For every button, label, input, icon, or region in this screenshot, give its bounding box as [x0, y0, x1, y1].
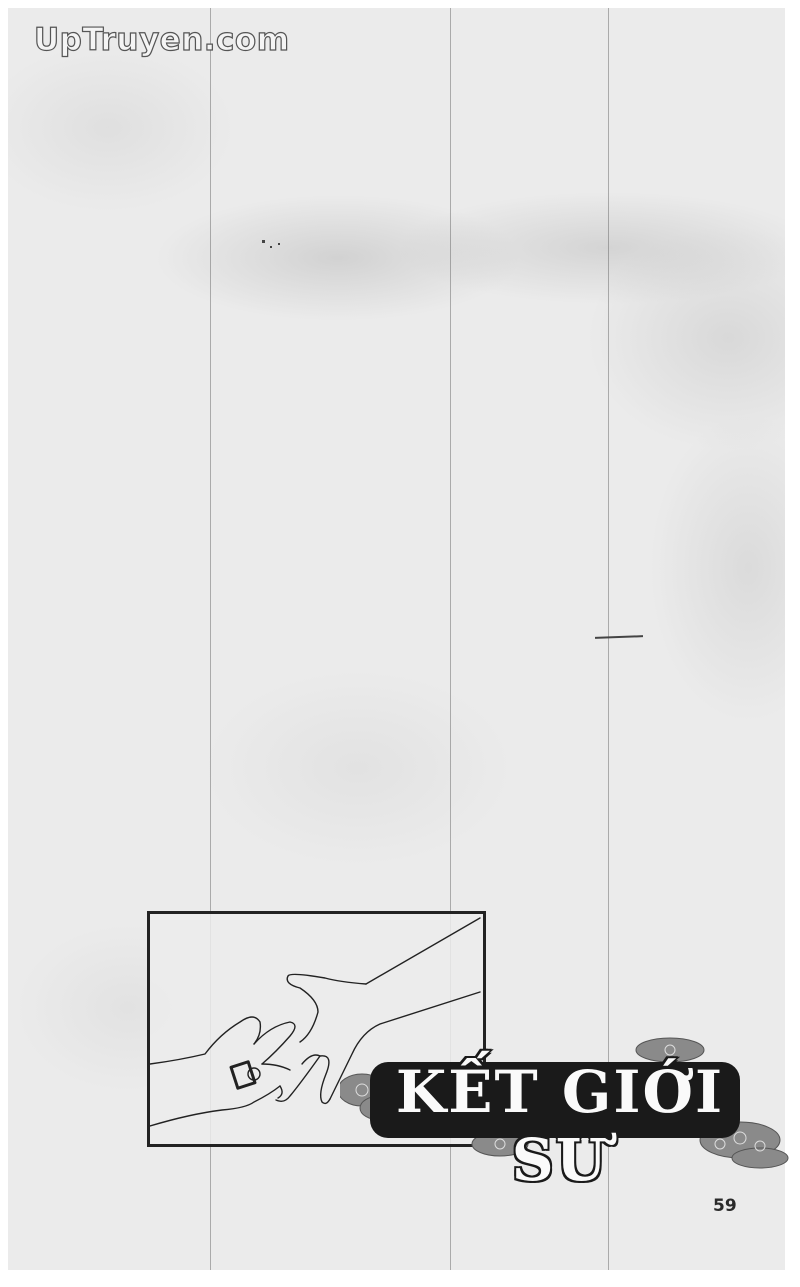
page-number: 59 [713, 1196, 737, 1216]
watermark-logo: UpTruyen.com [34, 22, 290, 58]
series-title: KẾT GIỚI SƯ [370, 1058, 750, 1194]
ink-speck [262, 240, 265, 243]
series-title-logo: KẾT GIỚI SƯ [340, 1020, 790, 1170]
ink-speck [270, 246, 272, 248]
ink-speck [278, 243, 280, 245]
